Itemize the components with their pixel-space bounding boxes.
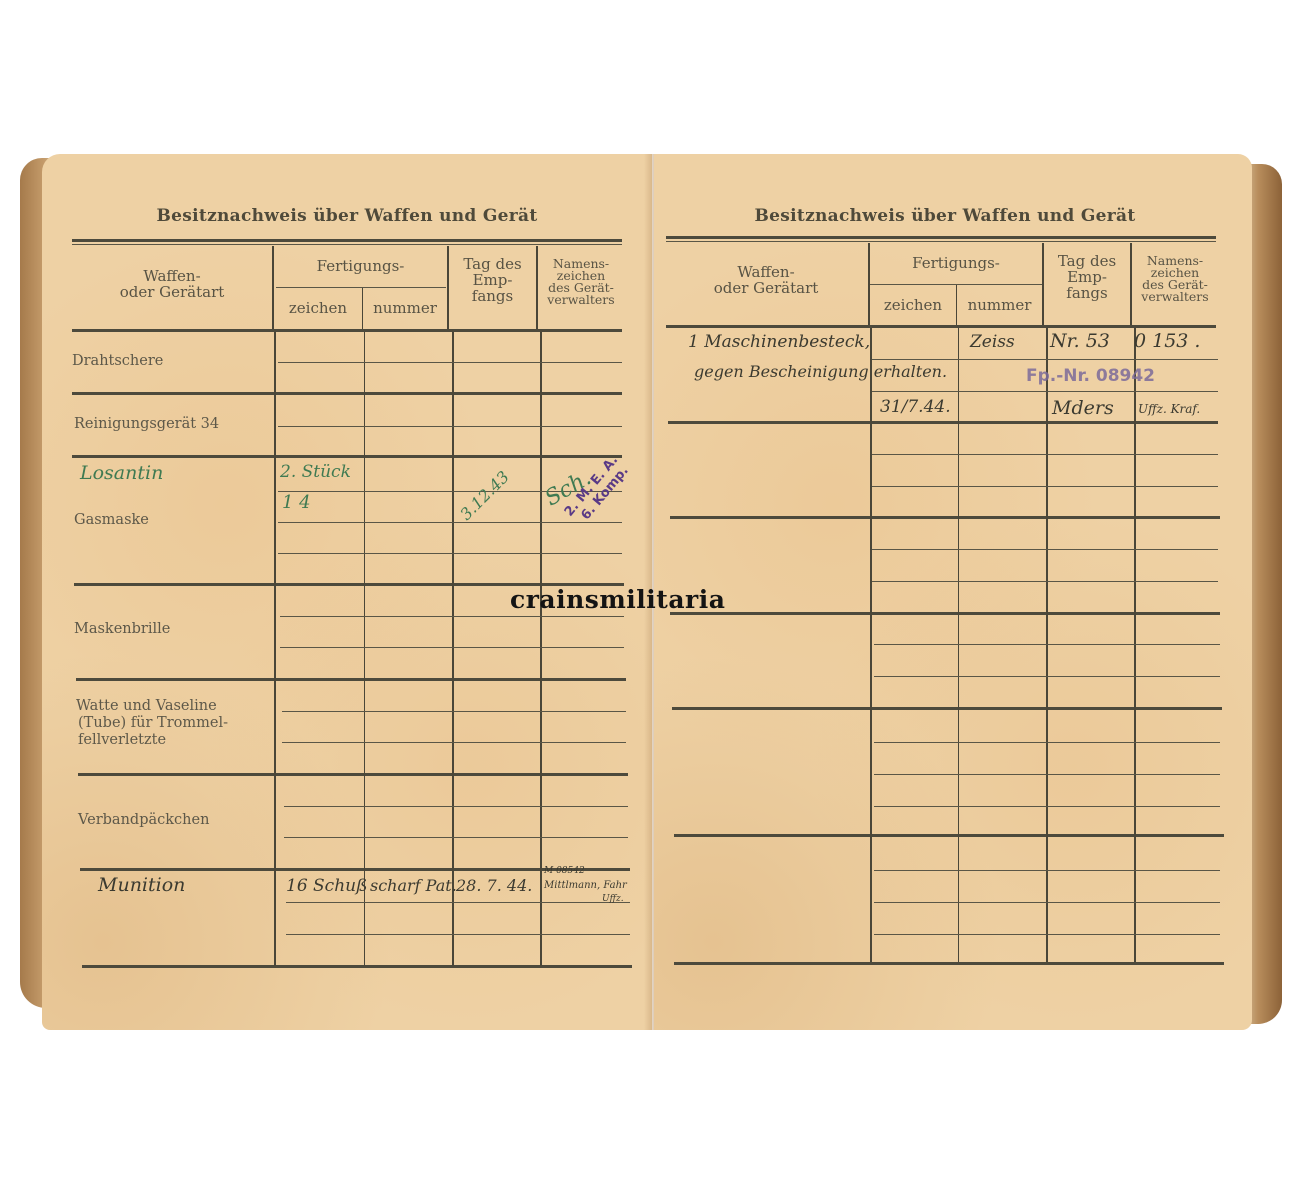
handwritten-entry-number: 0 153 . — [1134, 330, 1200, 352]
right-page-title: Besitznachweis über Waffen und Gerät — [646, 206, 1244, 226]
row-rule — [78, 773, 628, 776]
handwritten-sig-rank: Uffz. — [602, 894, 624, 904]
header-top-rule-thin — [72, 244, 622, 245]
row-rule — [82, 965, 632, 968]
fertigung-subrule — [276, 287, 446, 288]
inner-rule — [278, 426, 622, 427]
header-top-rule — [72, 239, 622, 242]
inner-rule — [872, 391, 1218, 392]
inner-rule — [278, 553, 622, 554]
handwritten-entry-nr: Nr. 53 — [1050, 330, 1110, 352]
inner-rule — [872, 549, 1218, 550]
inner-rule — [872, 454, 1218, 455]
header-text: verwalters — [538, 294, 624, 306]
col-divider — [452, 332, 454, 966]
inner-rule — [874, 902, 1220, 903]
header-text: Emp- — [449, 272, 536, 288]
header-top-rule — [666, 236, 1216, 239]
header-zeichen: zeichen — [274, 300, 362, 316]
inner-rule — [280, 647, 624, 648]
row-rule — [672, 707, 1222, 710]
handwritten-sig-name: Mittlmann, Fahr — [544, 880, 627, 891]
col-divider — [274, 332, 276, 966]
header-text: Emp- — [1044, 269, 1130, 285]
handwritten-entry-zeiss: Zeiss — [970, 332, 1015, 352]
row-rule — [674, 834, 1224, 837]
row-label-reinigungsgeraet: Reinigungsgerät 34 — [74, 416, 219, 433]
header-nummer: nummer — [957, 297, 1042, 313]
header-text: Tag des — [449, 256, 536, 272]
col-divider — [1046, 328, 1048, 962]
header-tag-des-empfangs: Tag des Emp- fangs — [449, 256, 536, 304]
row-label-maskenbrille: Maskenbrille — [74, 621, 170, 638]
header-text: fangs — [449, 288, 536, 304]
label-line: fellverletzte — [76, 732, 228, 749]
handwritten-entry-line2: gegen Bescheinigung erhalten. — [694, 362, 947, 381]
header-fertigung: Fertigungs- — [274, 258, 447, 274]
row-rule — [670, 516, 1220, 519]
row-rule — [670, 612, 1220, 615]
header-zeichen: zeichen — [870, 297, 956, 313]
inner-rule — [278, 362, 622, 363]
inner-rule — [874, 934, 1220, 935]
handwritten-entry-item: 1 Maschinenbesteck, — [688, 332, 870, 352]
col-divider — [540, 332, 542, 966]
col-divider — [1134, 328, 1136, 962]
handwritten-16-schuss: 16 Schuß — [286, 876, 367, 896]
col-divider — [958, 328, 959, 962]
header-text: oder Gerätart — [72, 284, 272, 300]
handwritten-sig-number: M 08542 — [544, 866, 585, 876]
col-divider — [870, 328, 872, 962]
row-rule — [674, 962, 1224, 965]
row-label-watte-vaseline: Watte und Vaseline (Tube) für Trommel- f… — [76, 698, 228, 749]
header-text: Waffen- — [666, 264, 866, 280]
label-line: Watte und Vaseline — [76, 698, 228, 715]
inner-rule — [872, 581, 1218, 582]
handwritten-entry-date: 31/7.44. — [880, 397, 951, 417]
header-namenszeichen: Namens- zeichen des Gerät- verwalters — [1132, 255, 1218, 303]
header-text: verwalters — [1132, 291, 1218, 303]
header-text: Tag des — [1044, 253, 1130, 269]
inner-rule — [286, 934, 630, 935]
stamp-feldpost-number: Fp.-Nr. 08942 — [1026, 366, 1155, 386]
header-namenszeichen: Namens- zeichen des Gerät- verwalters — [538, 258, 624, 306]
header-top-rule-thin — [666, 241, 1216, 242]
row-label-gasmaske: Gasmaske — [74, 512, 149, 529]
handwritten-count: 1 4 — [282, 492, 311, 513]
row-rule — [76, 678, 626, 681]
inner-rule — [874, 644, 1220, 645]
header-waffen: Waffen- oder Gerätart — [666, 264, 866, 296]
header-tag-des-empfangs: Tag des Emp- fangs — [1044, 253, 1130, 301]
inner-rule — [278, 522, 622, 523]
row-label-verbandpaeckchen: Verbandpäckchen — [78, 812, 209, 829]
watermark-text: crainsmilitaria — [510, 585, 725, 614]
handwritten-scharf-pat: scharf Pat. — [370, 876, 457, 895]
handwritten-stueck: 2. Stück — [280, 462, 351, 482]
inner-rule — [874, 676, 1220, 677]
handwritten-entry-signature: Mders — [1052, 397, 1114, 419]
inner-rule — [874, 774, 1220, 775]
inner-rule — [874, 742, 1220, 743]
handwritten-date-munition: 28. 7. 44. — [456, 876, 532, 895]
inner-rule — [282, 742, 626, 743]
right-page: Besitznachweis über Waffen und Gerät Waf… — [654, 154, 1252, 1030]
inner-rule — [286, 902, 630, 903]
header-text: fangs — [1044, 285, 1130, 301]
header-text: Waffen- — [72, 268, 272, 284]
inner-rule — [284, 806, 628, 807]
handwritten-munition: Munition — [98, 874, 185, 896]
inner-rule — [874, 870, 1220, 871]
left-page-title: Besitznachweis über Waffen und Gerät — [42, 206, 652, 226]
inner-rule — [874, 806, 1220, 807]
inner-rule — [284, 837, 628, 838]
header-text: oder Gerätart — [666, 280, 866, 296]
header-waffen: Waffen- oder Gerätart — [72, 268, 272, 300]
inner-rule — [872, 359, 1218, 360]
label-line: (Tube) für Trommel- — [76, 715, 228, 732]
fertigung-subrule — [870, 284, 1042, 285]
col-divider — [364, 332, 365, 966]
handwritten-entry-rank: Uffz. Kraf. — [1138, 402, 1200, 416]
handwritten-date-gasmaske: 3.12.43 — [456, 467, 513, 524]
row-label-drahtschere: Drahtschere — [72, 353, 163, 370]
inner-rule — [280, 616, 624, 617]
header-fertigung: Fertigungs- — [870, 255, 1042, 271]
inner-rule — [872, 486, 1218, 487]
header-nummer: nummer — [363, 300, 447, 316]
handwritten-losantin: Losantin — [80, 462, 163, 484]
inner-rule — [282, 711, 626, 712]
